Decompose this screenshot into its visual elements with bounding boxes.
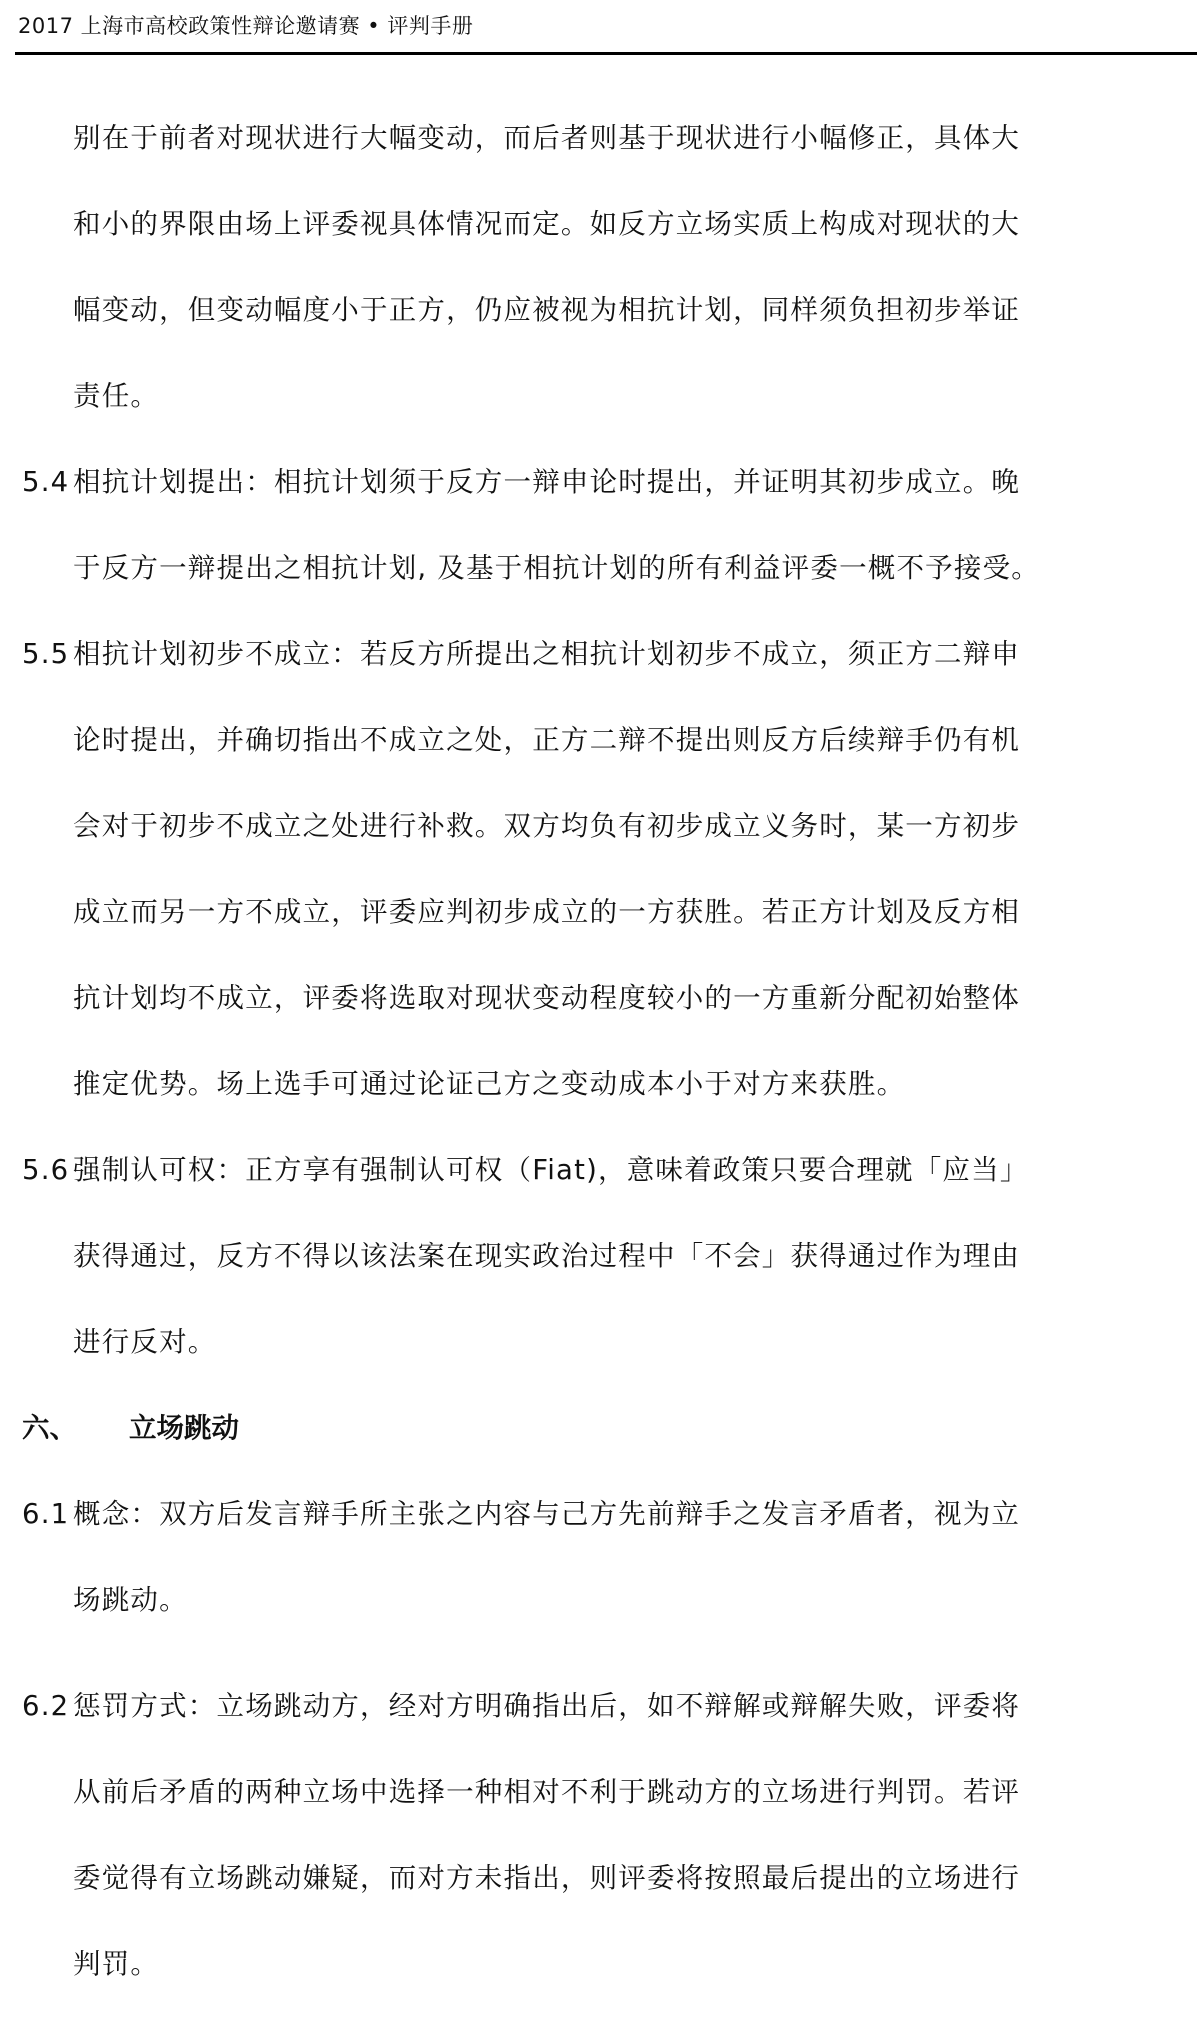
text-line: 相抗计划提出：相抗计划须于反方一辩申论时提出，并证明其初步成立。晚 [73,462,1020,502]
clause-number: 6.1 [22,1494,69,1534]
text-line: 成立而另一方不成立，评委应判初步成立的一方获胜。若正方计划及反方相 [73,892,1020,932]
clause-number: 5.6 [22,1150,69,1190]
header-rule [15,52,1197,55]
text-line: 获得通过，反方不得以该法案在现实政治过程中「不会」获得通过作为理由 [73,1236,1020,1276]
text-line: 概念：双方后发言辩手所主张之内容与己方先前辩手之发言矛盾者，视为立 [73,1494,1020,1534]
clause-number: 5.5 [22,634,69,674]
text-line: 推定优势。场上选手可通过论证己方之变动成本小于对方来获胜。 [73,1064,905,1104]
clause-number: 6.2 [22,1686,69,1726]
text-line: 抗计划均不成立，评委将选取对现状变动程度较小的一方重新分配初始整体 [73,978,1020,1018]
page-header: 2017 上海市高校政策性辩论邀请赛 • 评判手册 [18,10,473,42]
text-line: 和小的界限由场上评委视具体情况而定。如反方立场实质上构成对现状的大 [73,204,1020,244]
text-line: 判罚。 [73,1944,159,1984]
section-number: 六、 [22,1412,77,1444]
text-line: 责任。 [73,376,159,416]
section-title: 立场跳动 [129,1412,239,1444]
text-line: 进行反对。 [73,1322,217,1362]
text-line: 别在于前者对现状进行大幅变动，而后者则基于现状进行小幅修正，具体大 [73,118,1020,158]
text-line: 于反方一辩提出之相抗计划, 及基于相抗计划的所有利益评委一概不予接受。 [73,548,1040,588]
text-line: 从前后矛盾的两种立场中选择一种相对不利于跳动方的立场进行判罚。若评 [73,1772,1020,1812]
text-line: 相抗计划初步不成立：若反方所提出之相抗计划初步不成立，须正方二辩申 [73,634,1020,674]
text-line: 强制认可权：正方享有强制认可权（Fiat)，意味着政策只要合理就「应当」 [73,1150,1029,1190]
section-heading-6: 六、立场跳动 [22,1408,239,1448]
text-line: 委觉得有立场跳动嫌疑，而对方未指出，则评委将按照最后提出的立场进行 [73,1858,1020,1898]
clause-number: 5.4 [22,462,69,502]
text-line: 场跳动。 [73,1580,188,1620]
text-line: 幅变动，但变动幅度小于正方，仍应被视为相抗计划，同样须负担初步举证 [73,290,1020,330]
text-line: 惩罚方式：立场跳动方，经对方明确指出后，如不辩解或辩解失败，评委将 [73,1686,1020,1726]
text-line: 论时提出，并确切指出不成立之处，正方二辩不提出则反方后续辩手仍有机 [73,720,1020,760]
text-line: 会对于初步不成立之处进行补救。双方均负有初步成立义务时，某一方初步 [73,806,1020,846]
